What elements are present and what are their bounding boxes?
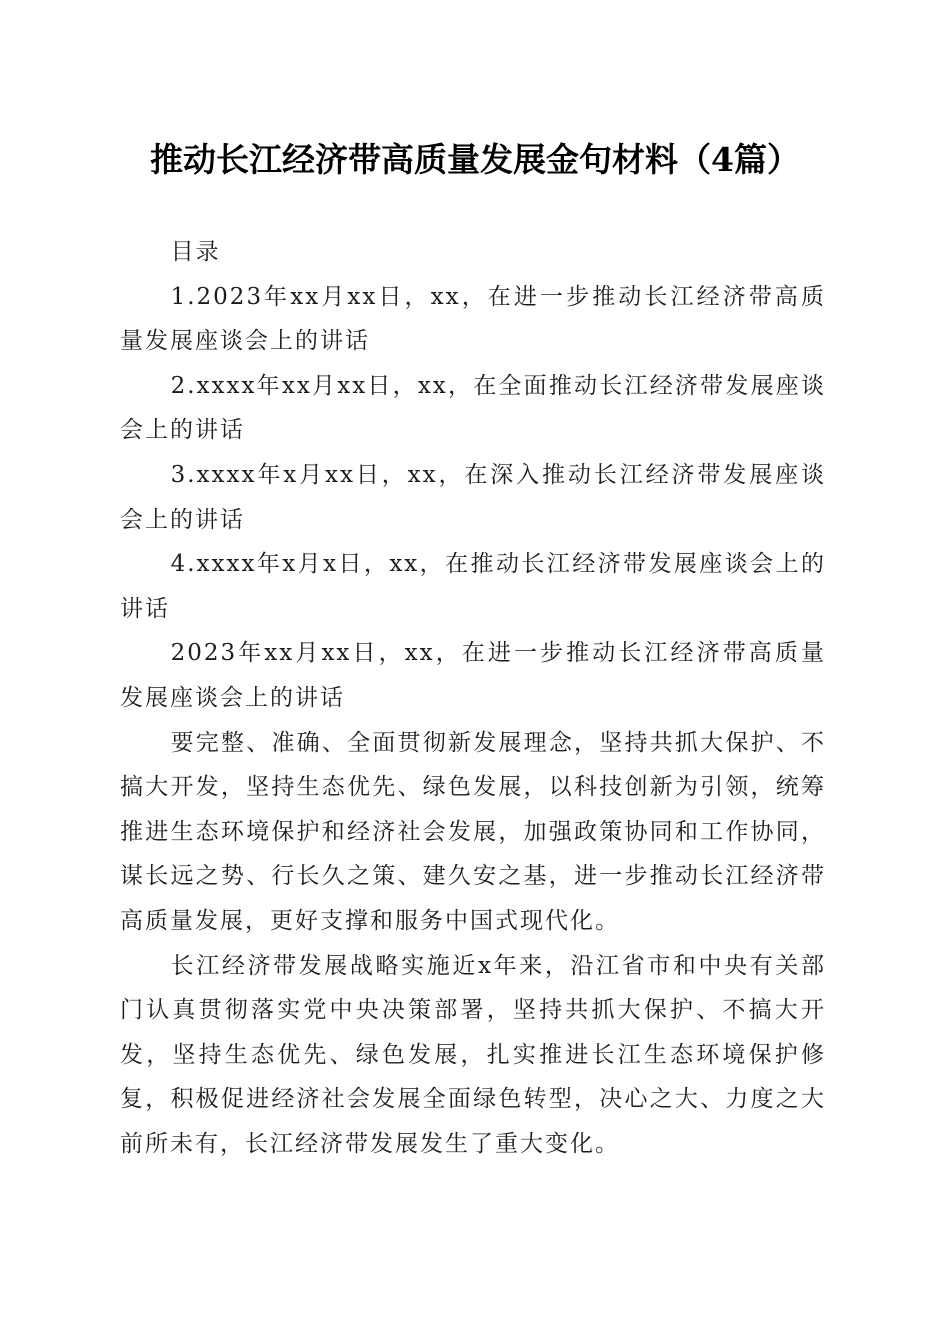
document-page: 推动长江经济带高质量发展金句材料（4篇） 目录 1.2023年xx月xx日，xx… — [0, 0, 950, 1344]
toc-item: 2.xxxx年xx月xx日，xx，在全面推动长江经济带发展座谈会上的讲话 — [120, 364, 826, 453]
section-heading: 2023年xx月xx日，xx，在进一步推动长江经济带高质量发展座谈会上的讲话 — [120, 631, 826, 720]
body-paragraph: 要完整、准确、全面贯彻新发展理念，坚持共抓大保护、不搞大开发，坚持生态优先、绿色… — [120, 721, 826, 944]
document-body: 目录 1.2023年xx月xx日，xx，在进一步推动长江经济带高质量发展座谈会上… — [120, 230, 826, 1166]
toc-item: 4.xxxx年x月x日，xx，在推动长江经济带发展座谈会上的讲话 — [120, 542, 826, 631]
document-title: 推动长江经济带高质量发展金句材料（4篇） — [0, 136, 950, 184]
toc-item: 1.2023年xx月xx日，xx，在进一步推动长江经济带高质量发展座谈会上的讲话 — [120, 275, 826, 364]
toc-item: 3.xxxx年x月xx日，xx，在深入推动长江经济带发展座谈会上的讲话 — [120, 453, 826, 542]
toc-heading: 目录 — [120, 230, 826, 275]
body-paragraph: 长江经济带发展战略实施近x年来，沿江省市和中央有关部门认真贯彻落实党中央决策部署… — [120, 944, 826, 1167]
